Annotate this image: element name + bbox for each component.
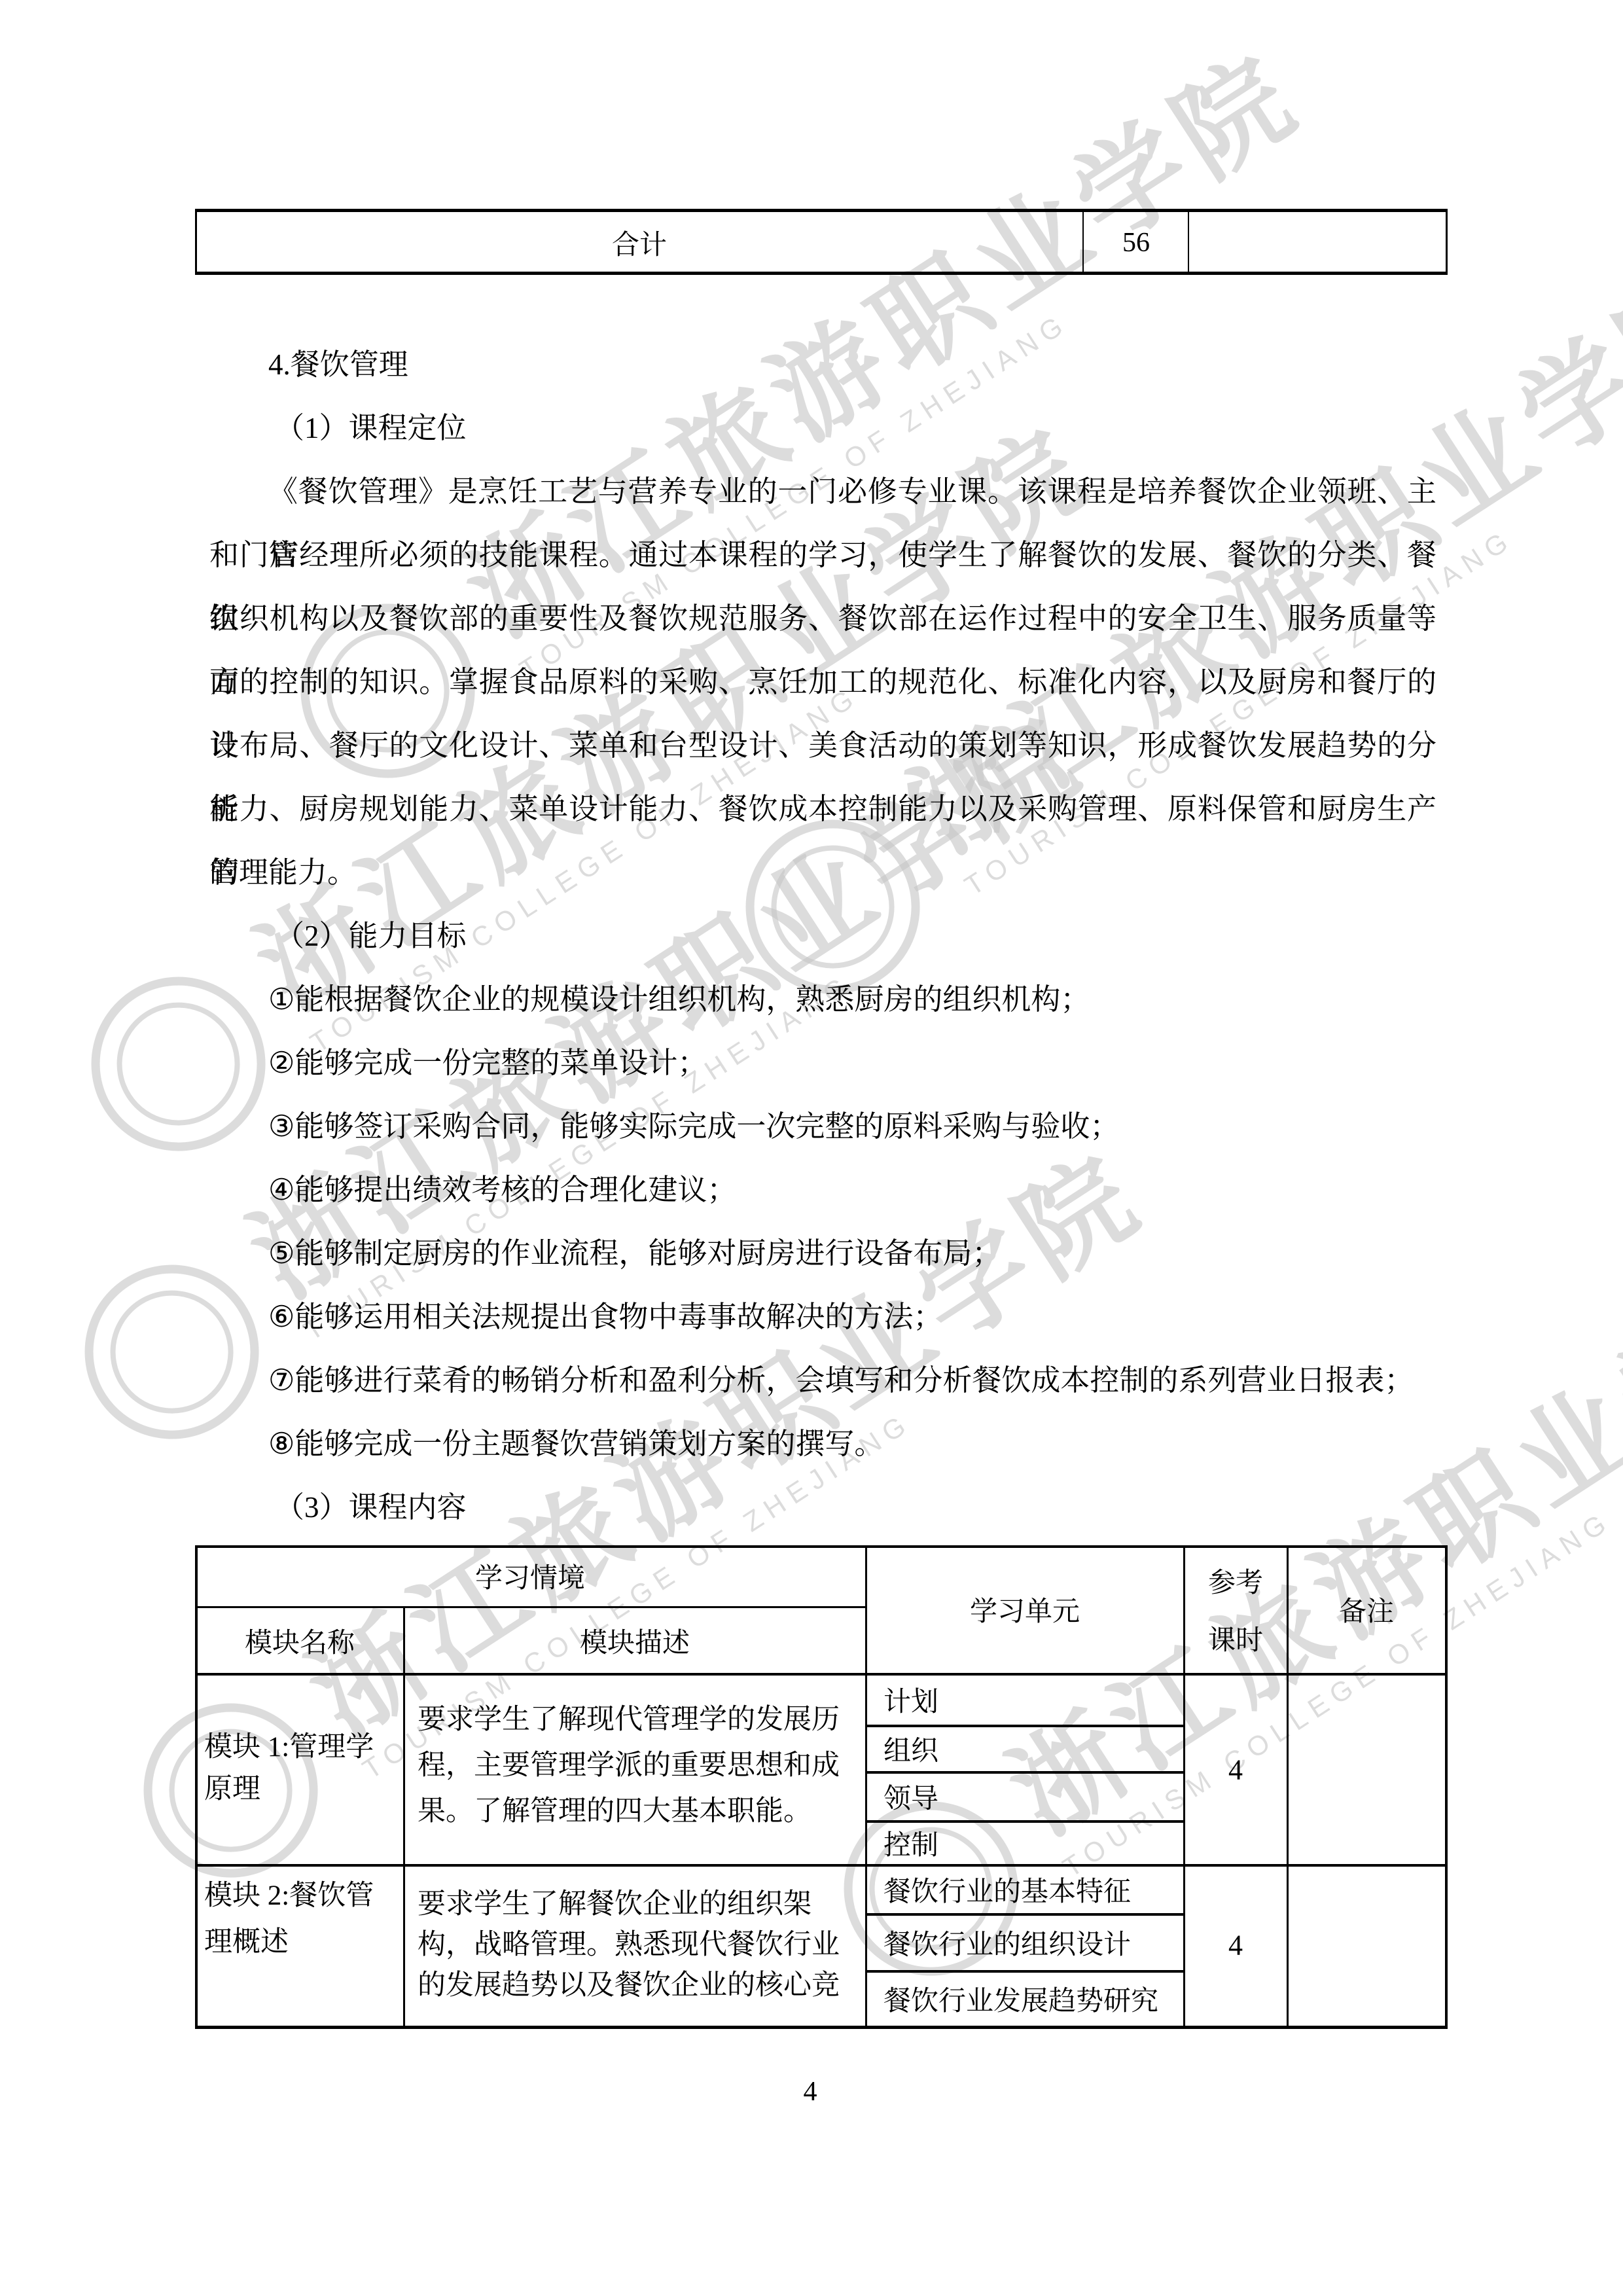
header-module-name: 模块名称: [245, 1621, 355, 1660]
paragraph-line: 计布局、餐厅的文化设计、菜单和台型设计、美食活动的策划等知识，形成餐饮发展趋势的…: [209, 714, 1436, 778]
subsection-title: （2）能力目标: [209, 905, 1436, 968]
module-desc-line: 程，主要管理学派的重要思想和成: [418, 1743, 840, 1789]
table-border-left: [195, 209, 197, 275]
table-border-bottom: [195, 2026, 1448, 2029]
ability-item: ⑥能够运用相关法规提出食物中毒事故解决的方法；: [209, 1285, 1436, 1349]
table-border-right: [1445, 1545, 1448, 2029]
header-module-desc: 模块描述: [580, 1621, 690, 1660]
unit-divider: [865, 1913, 1185, 1916]
ability-item: ②能够完成一份完整的菜单设计；: [209, 1031, 1436, 1095]
module-name: 模块 2:餐饮管 理概述: [204, 1873, 374, 1965]
table-divider: [1188, 209, 1189, 275]
header-note: 备注: [1339, 1590, 1394, 1629]
module-name-line: 理概述: [204, 1919, 374, 1965]
unit-divider: [865, 1820, 1185, 1823]
module-desc: 要求学生了解餐饮企业的组织架 构，战略管理。熟悉现代餐饮行业 的发展趋势以及餐饮…: [418, 1884, 840, 2006]
col-divider-unit-hours: [1183, 1545, 1185, 2029]
table-border-top: [195, 209, 1448, 212]
header-unit: 学习单元: [970, 1590, 1080, 1629]
total-hours: 56: [1122, 227, 1150, 259]
module-desc-line: 果。了解管理的四大基本职能。: [418, 1789, 840, 1835]
learning-unit: 组织: [883, 1729, 938, 1768]
paragraph-line: 和门店经理所必须的技能课程。通过本课程的学习，使学生了解餐饮的发展、餐饮的分类、…: [209, 524, 1436, 587]
ability-item: ⑧能够完成一份主题餐饮营销策划方案的撰写。: [209, 1412, 1436, 1476]
document-page: 合计 56 4.餐饮管理 （1）课程定位 《餐饮管理》是烹饪工艺与营养专业的一门…: [0, 0, 1623, 2296]
header-ref-hours-1: 参考: [1208, 1561, 1263, 1600]
ability-item: ①能根据餐饮企业的规模设计组织机构，熟悉厨房的组织机构；: [209, 968, 1436, 1031]
unit-divider: [865, 1970, 1185, 1973]
module-name-line: 原理: [204, 1768, 374, 1810]
header-situation: 学习情境: [475, 1556, 585, 1596]
paragraph-line: 面的控制的知识。掌握食品原料的采购、烹饪加工的规范化、标准化内容，以及厨房和餐厅…: [209, 651, 1436, 714]
table-divider: [1082, 209, 1084, 275]
unit-divider: [865, 1771, 1185, 1774]
subsection-title: （1）课程定位: [209, 397, 1436, 460]
learning-unit: 领导: [883, 1777, 938, 1816]
module-name-line: 模块 2:餐饮管: [204, 1873, 374, 1919]
paragraph-line: 能力、厨房规划能力、菜单设计能力、餐饮成本控制能力以及采购管理、原料保管和厨房生…: [209, 778, 1436, 841]
table-border-top: [195, 1545, 1448, 1548]
col-divider-hours-note: [1287, 1545, 1289, 2029]
course-content-table: 学习情境 学习单元 参考 课时 备注 模块名称 模块描述 模块 1:管理学 原理…: [195, 1545, 1448, 2029]
table-border-left: [195, 1545, 198, 2029]
col-divider-name-desc: [403, 1607, 405, 2029]
ability-item: ③能够签订采购合同，能够实际完成一次完整的原料采购与验收；: [209, 1095, 1436, 1158]
total-label: 合计: [612, 223, 667, 262]
unit-divider: [865, 1725, 1185, 1727]
module-desc-line: 要求学生了解餐饮企业的组织架: [418, 1884, 840, 1925]
paragraph-line: 管理能力。: [209, 841, 1436, 905]
learning-unit: 餐饮行业的组织设计: [883, 1923, 1131, 1962]
summary-table: 合计 56: [195, 209, 1448, 275]
header-row-divider: [195, 1606, 867, 1608]
table-border-right: [1446, 209, 1448, 275]
subsection-title: （3）课程内容: [209, 1476, 1436, 1539]
module-name-line: 模块 1:管理学: [204, 1727, 374, 1768]
learning-unit: 控制: [883, 1823, 938, 1863]
header-bottom-divider: [195, 1673, 1448, 1676]
module-hours: 4: [1228, 1929, 1243, 1962]
learning-unit: 计划: [883, 1680, 938, 1719]
module-hours: 4: [1228, 1753, 1243, 1787]
module-desc: 要求学生了解现代管理学的发展历 程，主要管理学派的重要思想和成 果。了解管理的四…: [418, 1697, 840, 1835]
module-desc-line: 构，战略管理。熟悉现代餐饮行业: [418, 1925, 840, 1965]
module-name: 模块 1:管理学 原理: [204, 1727, 374, 1810]
ability-item: ⑤能够制定厨房的作业流程，能够对厨房进行设备布局；: [209, 1222, 1436, 1285]
module-desc-line: 要求学生了解现代管理学的发展历: [418, 1697, 840, 1743]
learning-unit: 餐饮行业的基本特征: [883, 1870, 1131, 1909]
col-divider-desc-unit: [865, 1545, 867, 2029]
module-row-divider: [195, 1864, 1448, 1867]
paragraph-line: 组织机构以及餐饮部的重要性及餐饮规范服务、餐饮部在运作过程中的安全卫生、服务质量…: [209, 587, 1436, 651]
paragraph-line: 《餐饮管理》是烹饪工艺与营养专业的一门必修专业课。该课程是培养餐饮企业领班、主管: [209, 460, 1436, 524]
learning-unit: 餐饮行业发展趋势研究: [883, 1979, 1158, 2018]
ability-item: ⑦能够进行菜肴的畅销分析和盈利分析，会填写和分析餐饮成本控制的系列营业日报表；: [209, 1349, 1436, 1412]
section-heading: 4.餐饮管理: [268, 333, 1436, 397]
page-number: 4: [804, 2076, 817, 2108]
header-ref-hours-2: 课时: [1208, 1619, 1263, 1658]
module-desc-line: 的发展趋势以及餐饮企业的核心竞: [418, 1965, 840, 2006]
ability-item: ④能够提出绩效考核的合理化建议；: [209, 1158, 1436, 1222]
table-border-bottom: [195, 272, 1448, 275]
